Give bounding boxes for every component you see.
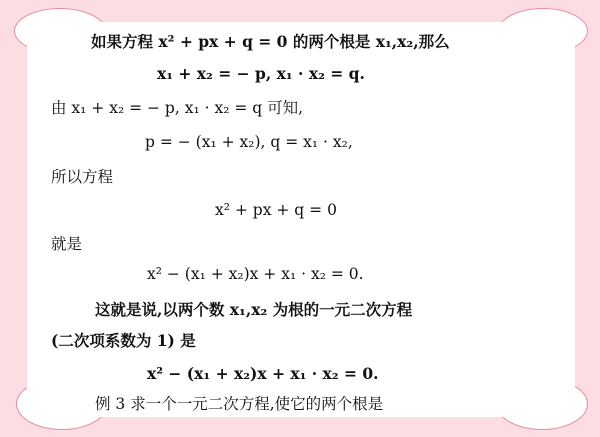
text-line-11: x² − (x₁ + x₂)x + x₁ · x₂ = 0. — [147, 364, 379, 384]
text-line-5: 所以方程 — [51, 167, 113, 187]
text-line-10: (二次项系数为 1) 是 — [51, 331, 196, 351]
text-line-4: p = − (x₁ + x₂), q = x₁ · x₂, — [145, 132, 353, 152]
text-line-9: 这就是说,以两个数 x₁,x₂ 为根的一元二次方程 — [95, 300, 412, 320]
text-line-7: 就是 — [51, 234, 82, 254]
text-line-3: 由 x₁ + x₂ = − p, x₁ · x₂ = q 可知, — [51, 98, 303, 118]
text-line-8: x² − (x₁ + x₂)x + x₁ · x₂ = 0. — [147, 264, 364, 284]
text-line-6: x² + px + q = 0 — [215, 200, 337, 220]
text-line-1: 如果方程 x² + px + q = 0 的两个根是 x₁,x₂,那么 — [91, 32, 450, 52]
text-line-2: x₁ + x₂ = − p, x₁ · x₂ = q. — [157, 64, 365, 84]
text-panel: 如果方程 x² + px + q = 0 的两个根是 x₁,x₂,那么 x₁ +… — [27, 22, 575, 417]
text-line-12: 例 3 求一个一元二次方程,使它的两个根是 — [95, 394, 383, 414]
